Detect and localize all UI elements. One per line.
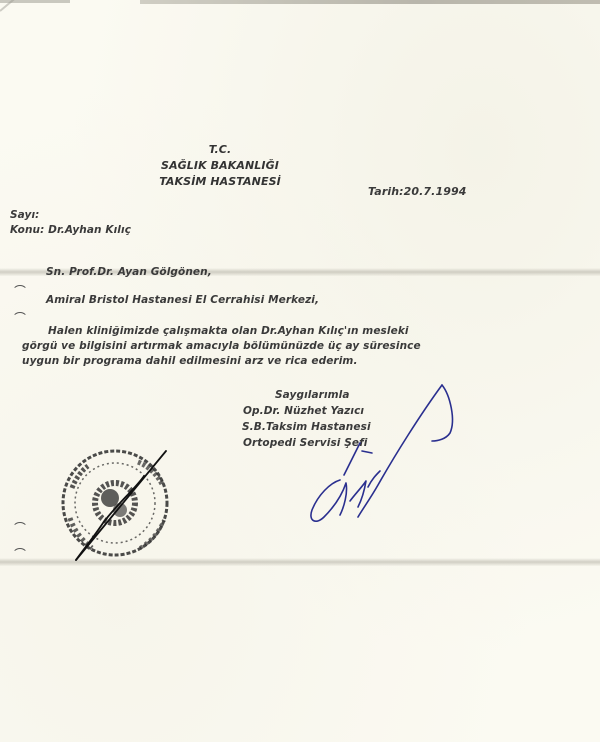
reference-number-label: Sayı:: [10, 209, 39, 221]
letterhead-line-1: T.C.: [120, 143, 320, 156]
signature-icon: [300, 375, 470, 535]
recipient-institution: Amiral Bristol Hastanesi El Cerrahisi Me…: [46, 294, 319, 306]
punch-hole-icon: [12, 548, 28, 563]
letterhead-ministry: SAĞLIK BAKANLIĞI: [120, 159, 320, 172]
paper-top-edge: [140, 0, 600, 4]
punch-hole-icon: [12, 312, 28, 327]
scanned-letter-page: T.C. SAĞLIK BAKANLIĞI TAKSİM HASTANESİ T…: [0, 0, 600, 742]
recipient-name: Sn. Prof.Dr. Ayan Gölgönen,: [46, 266, 212, 278]
punch-hole-icon: [12, 285, 28, 300]
body-line-2: görgü ve bilgisini artırmak amacıyla böl…: [22, 340, 421, 352]
letterhead-hospital: TAKSİM HASTANESİ: [120, 175, 320, 188]
stamp-icon: [58, 448, 178, 568]
letter-subject: Konu: Dr.Ayhan Kılıç: [10, 224, 131, 236]
body-line-1: Halen kliniğimizde çalışmakta olan Dr.Ay…: [48, 325, 409, 337]
letter-date: Tarih:20.7.1994: [368, 185, 466, 198]
body-line-3: uygun bir programa dahil edilmesini arz …: [22, 355, 358, 367]
punch-hole-icon: [12, 522, 28, 537]
